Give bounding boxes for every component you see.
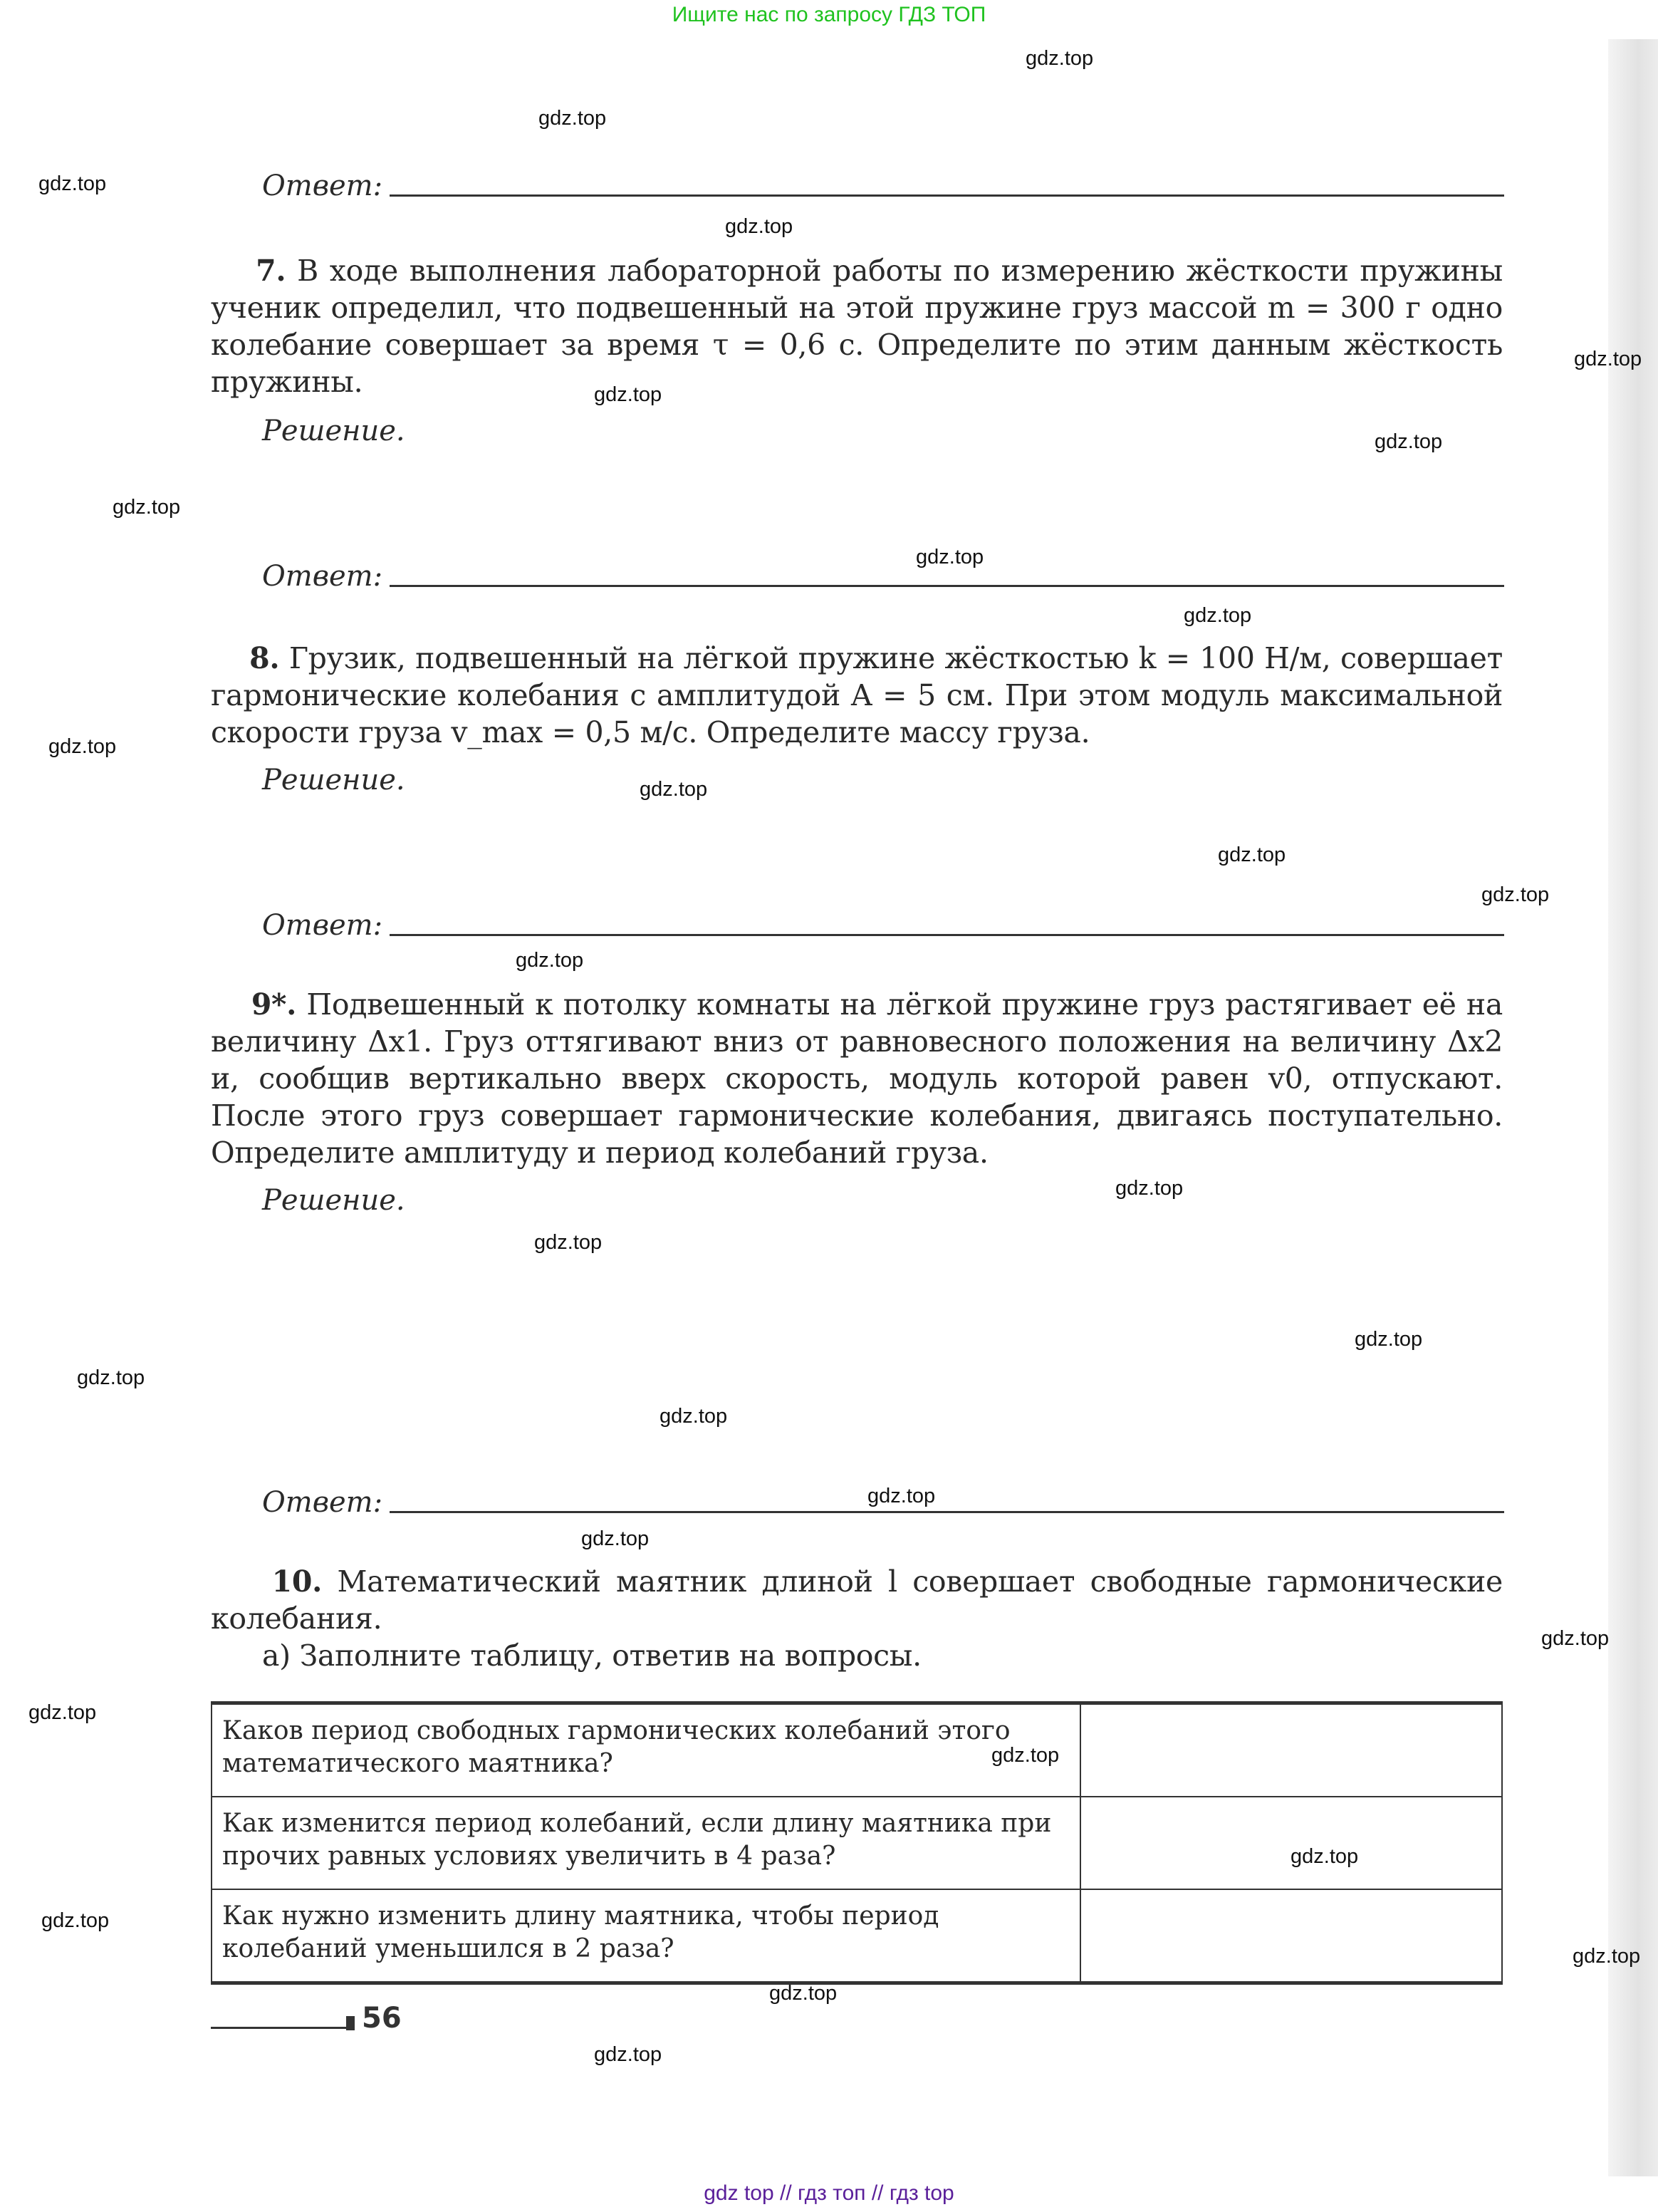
- watermark: gdz.top: [916, 546, 984, 569]
- answer-label: Ответ:: [262, 1486, 382, 1519]
- watermark: gdz.top: [659, 1405, 727, 1428]
- problem-8: 8. Грузик, подвешенный на лёгкой пружине…: [211, 640, 1503, 751]
- subtask-a: а) Заполните таблицу, ответив на вопросы…: [262, 1637, 1504, 1674]
- watermark: gdz.top: [538, 107, 606, 130]
- top-banner[interactable]: Ищите нас по запросу ГДЗ ТОП: [0, 3, 1658, 27]
- watermark: gdz.top: [991, 1744, 1059, 1767]
- answer-line[interactable]: [390, 585, 1504, 587]
- question-cell: Каков период свободных гармонических кол…: [212, 1703, 1080, 1797]
- problem-number: 10.: [272, 1564, 322, 1599]
- answer-line[interactable]: [390, 194, 1504, 197]
- table-row: Каков период свободных гармонических кол…: [212, 1703, 1502, 1797]
- watermark: gdz.top: [769, 1982, 837, 2005]
- answer-label: Ответ:: [262, 560, 382, 593]
- answer-row: Ответ:: [262, 560, 1504, 593]
- answer-line[interactable]: [390, 1511, 1504, 1513]
- problem-9: 9*. Подвешенный к потолку комнаты на лёг…: [211, 986, 1503, 1171]
- watermark: gdz.top: [1375, 430, 1442, 454]
- table-row: Как нужно изменить длину маятника, чтобы…: [212, 1889, 1502, 1983]
- solution-label: Решение.: [262, 1184, 405, 1217]
- problem-text: Математический маятник длиной l совершае…: [211, 1564, 1503, 1636]
- footer-links[interactable]: gdz top // гдз топ // гдз top: [0, 2181, 1658, 2206]
- watermark: gdz.top: [77, 1366, 145, 1390]
- watermark: gdz.top: [48, 735, 116, 759]
- watermark: gdz.top: [28, 1701, 96, 1725]
- questions-table: Каков период свободных гармонических кол…: [211, 1701, 1503, 1985]
- page-rule: [211, 2027, 346, 2029]
- answer-cell[interactable]: [1080, 1889, 1502, 1983]
- table-row: Как изменится период колебаний, если дли…: [212, 1797, 1502, 1889]
- problem-number: 9*.: [251, 987, 296, 1022]
- watermark: gdz.top: [594, 383, 662, 407]
- problem-10: 10. Математический маятник длиной l сове…: [211, 1563, 1503, 1637]
- problem-text: Подвешенный к потолку комнаты на лёгкой …: [211, 987, 1503, 1170]
- watermark: gdz.top: [581, 1527, 649, 1551]
- problem-7: 7. В ходе выполнения лабораторной работы…: [211, 252, 1503, 400]
- page-number: 56: [362, 2002, 402, 2035]
- watermark: gdz.top: [1574, 348, 1642, 371]
- watermark: gdz.top: [867, 1485, 935, 1508]
- problem-number: 7.: [256, 254, 286, 288]
- watermark: gdz.top: [640, 778, 707, 801]
- watermark: gdz.top: [516, 949, 583, 972]
- problem-text: Грузик, подвешенный на лёгкой пружине жё…: [211, 641, 1503, 749]
- answer-cell[interactable]: [1080, 1703, 1502, 1797]
- problem-number: 8.: [249, 641, 279, 675]
- answer-row: Ответ:: [262, 909, 1504, 942]
- question-cell: Как нужно изменить длину маятника, чтобы…: [212, 1889, 1080, 1983]
- watermark: gdz.top: [41, 1909, 109, 1933]
- watermark: gdz.top: [1218, 843, 1286, 867]
- problem-text: В ходе выполнения лабораторной работы по…: [211, 254, 1503, 399]
- answer-label: Ответ:: [262, 909, 382, 942]
- watermark: gdz.top: [38, 172, 106, 196]
- watermark: gdz.top: [1115, 1177, 1183, 1200]
- watermark: gdz.top: [1541, 1627, 1609, 1651]
- page-number-block: 56: [211, 2002, 402, 2035]
- page-marker-icon: [346, 2016, 355, 2030]
- prev-answer-row: Ответ:: [262, 170, 1504, 202]
- question-cell: Как изменится период колебаний, если дли…: [212, 1797, 1080, 1889]
- watermark: gdz.top: [1026, 47, 1093, 71]
- watermark: gdz.top: [725, 215, 793, 239]
- watermark: gdz.top: [1355, 1328, 1422, 1351]
- watermark: gdz.top: [594, 2043, 662, 2067]
- watermark: gdz.top: [1184, 604, 1251, 628]
- watermark: gdz.top: [113, 496, 180, 519]
- solution-label: Решение.: [262, 764, 405, 796]
- answer-line[interactable]: [390, 934, 1504, 936]
- watermark: gdz.top: [1291, 1845, 1358, 1869]
- watermark: gdz.top: [1573, 1945, 1640, 1968]
- answer-label: Ответ:: [262, 170, 382, 202]
- watermark: gdz.top: [1481, 883, 1549, 907]
- watermark: gdz.top: [534, 1231, 602, 1255]
- answer-cell[interactable]: [1080, 1797, 1502, 1889]
- solution-label: Решение.: [262, 415, 405, 447]
